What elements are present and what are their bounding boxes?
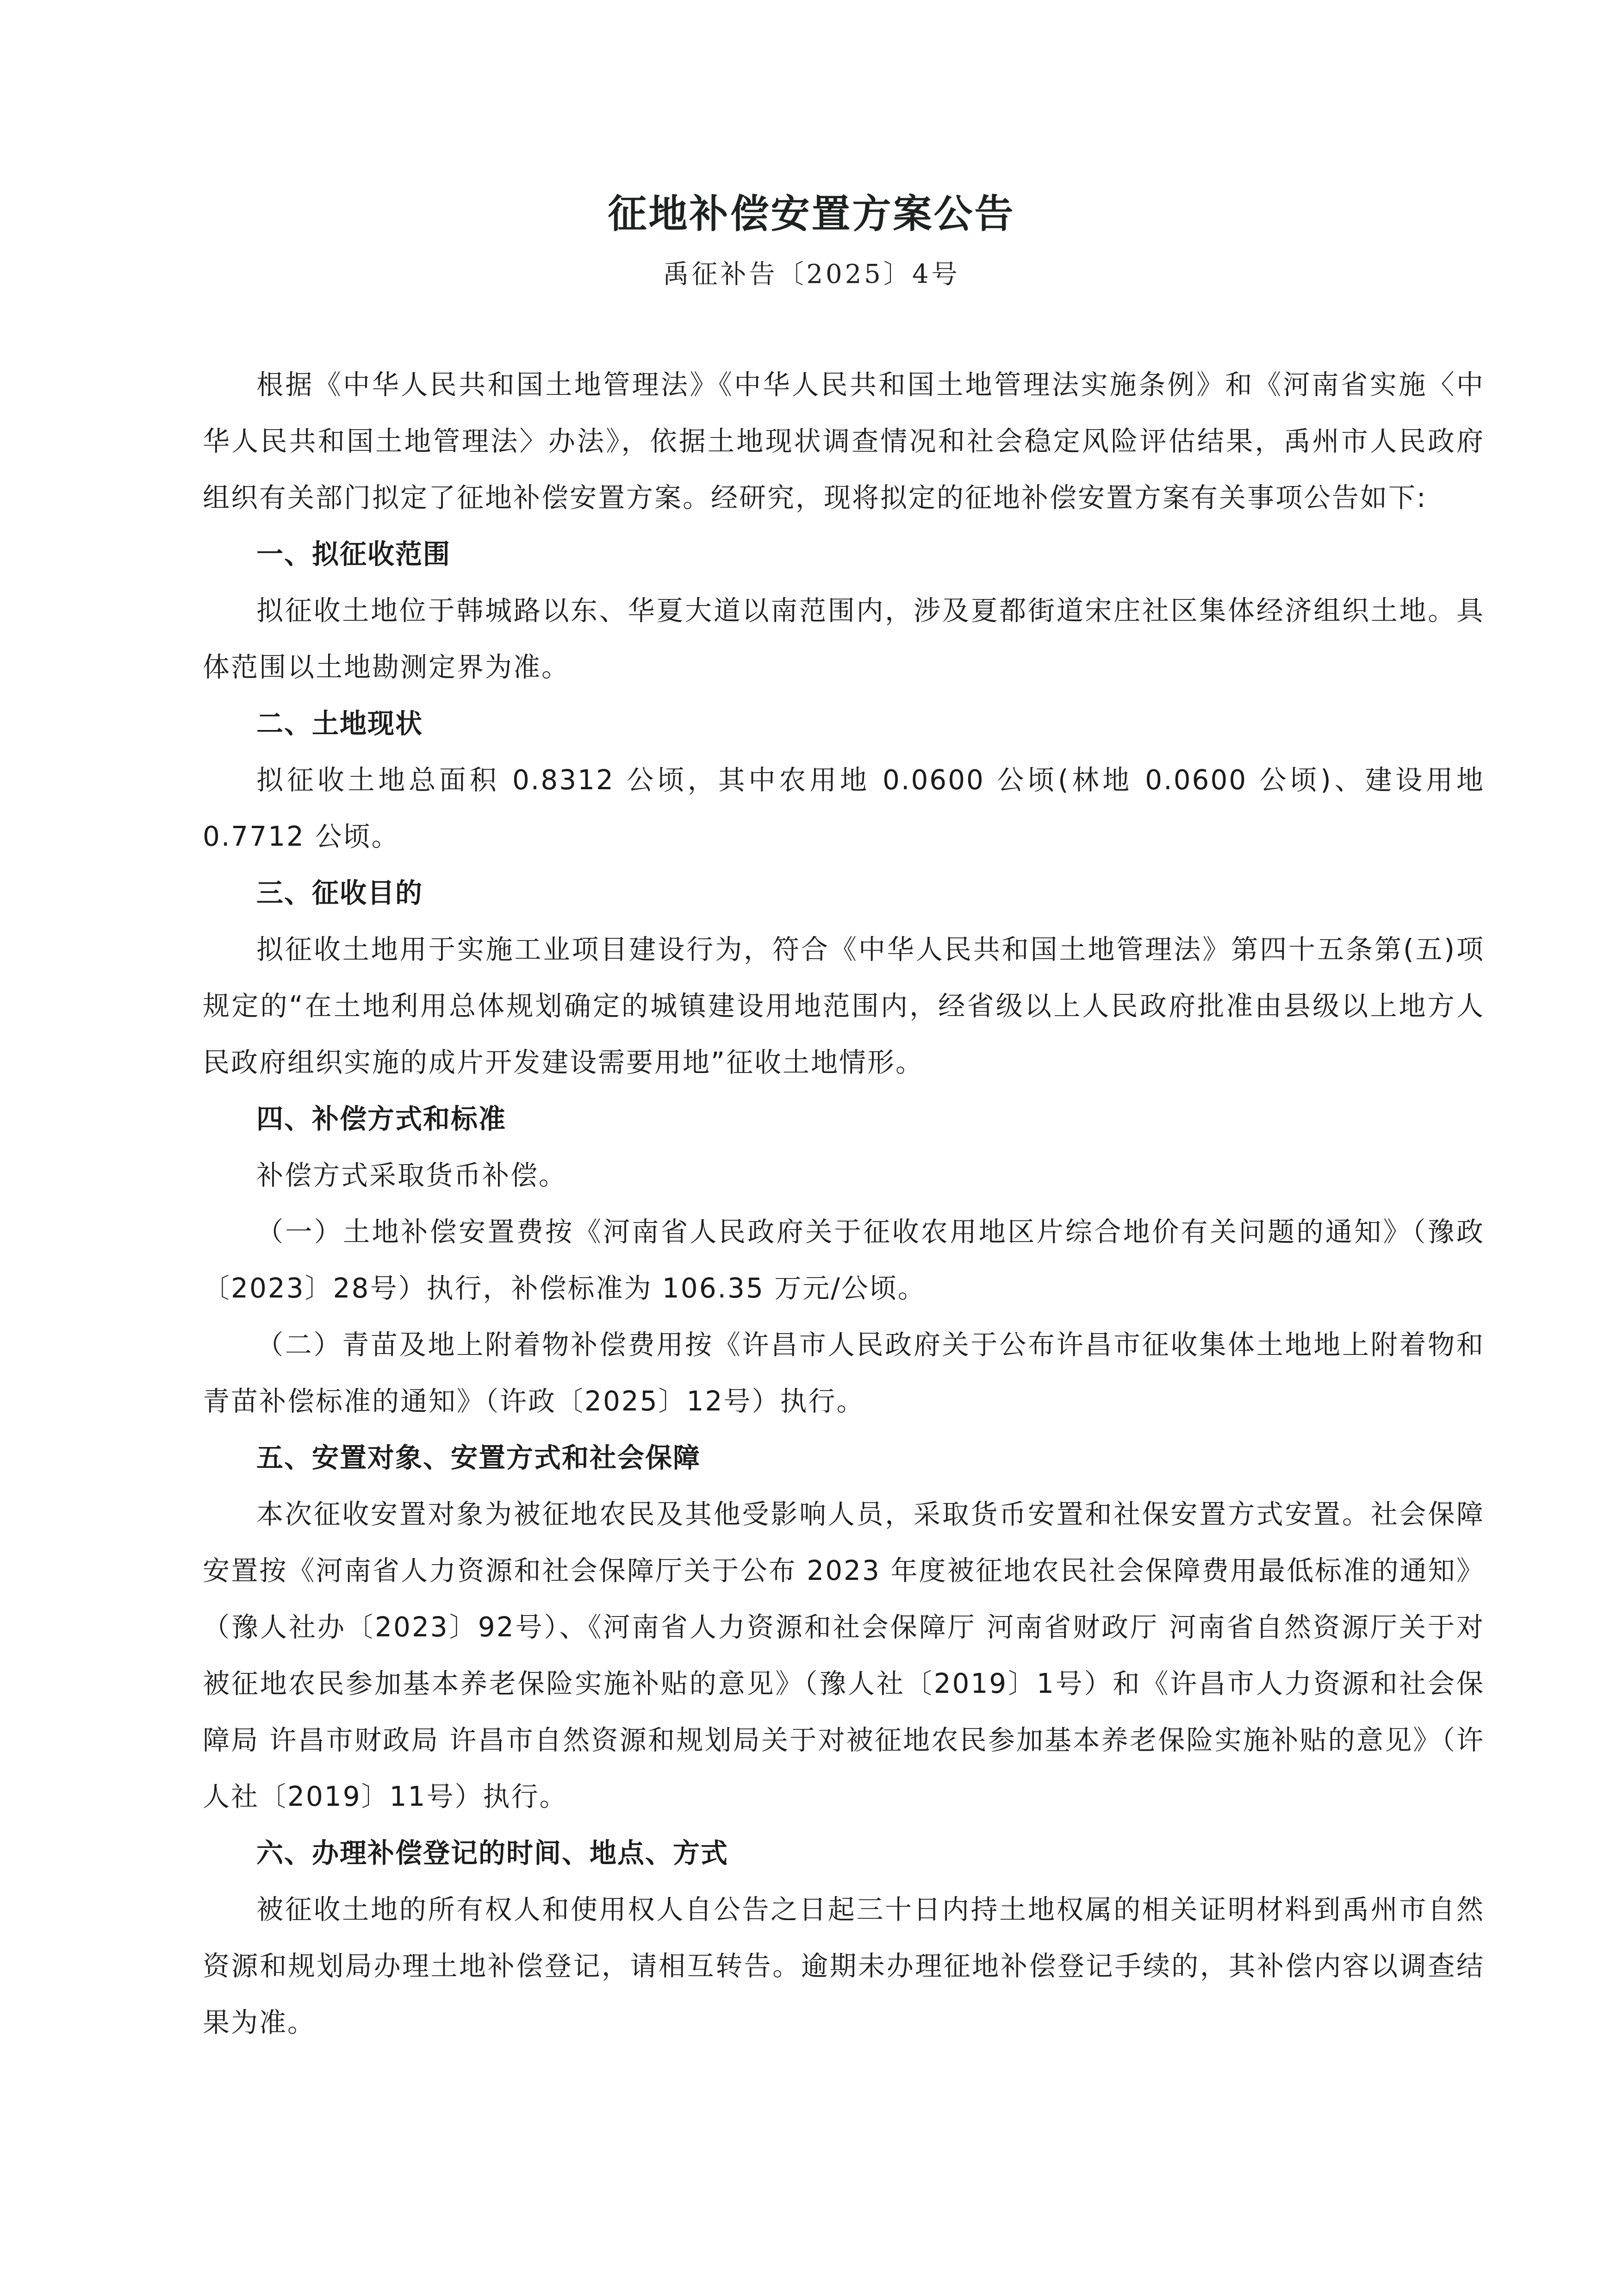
section-heading-registration: 六、办理补偿登记的时间、地点、方式 [203, 1825, 1485, 1881]
document-page: 征地补偿安置方案公告 禹征补告〔2025〕4号 根据《中华人民共和国土地管理法》… [0, 0, 1623, 2296]
document-body: 根据《中华人民共和国土地管理法》《中华人民共和国土地管理法实施条例》和《河南省实… [203, 356, 1485, 2051]
intro-paragraph: 根据《中华人民共和国土地管理法》《中华人民共和国土地管理法实施条例》和《河南省实… [203, 356, 1485, 526]
section-heading-compensation: 四、补偿方式和标准 [203, 1091, 1485, 1147]
section-heading-land-status: 二、土地现状 [203, 695, 1485, 752]
section-paragraph: 拟征收土地位于韩城路以东、华夏大道以南范围内，涉及夏都街道宋庄社区集体经济组织土… [203, 582, 1485, 695]
section-heading-resettlement: 五、安置对象、安置方式和社会保障 [203, 1429, 1485, 1486]
section-paragraph: （一）土地补偿安置费按《河南省人民政府关于征收农用地区片综合地价有关问题的通知》… [203, 1204, 1485, 1316]
section-heading-scope: 一、拟征收范围 [203, 526, 1485, 582]
document-title: 征地补偿安置方案公告 [0, 183, 1623, 239]
section-paragraph: 拟征收土地总面积 0.8312 公顷，其中农用地 0.0600 公顷(林地 0.… [203, 752, 1485, 865]
section-paragraph: 本次征收安置对象为被征地农民及其他受影响人员，采取货币安置和社保安置方式安置。社… [203, 1486, 1485, 1825]
section-paragraph: 补偿方式采取货币补偿。 [203, 1147, 1485, 1204]
section-heading-purpose: 三、征收目的 [203, 865, 1485, 921]
section-paragraph: 被征收土地的所有权人和使用权人自公告之日起三十日内持土地权属的相关证明材料到禹州… [203, 1881, 1485, 2051]
section-paragraph: 拟征收土地用于实施工业项目建设行为，符合《中华人民共和国土地管理法》第四十五条第… [203, 921, 1485, 1091]
document-number: 禹征补告〔2025〕4号 [0, 254, 1623, 291]
section-paragraph: （二）青苗及地上附着物补偿费用按《许昌市人民政府关于公布许昌市征收集体土地地上附… [203, 1316, 1485, 1429]
